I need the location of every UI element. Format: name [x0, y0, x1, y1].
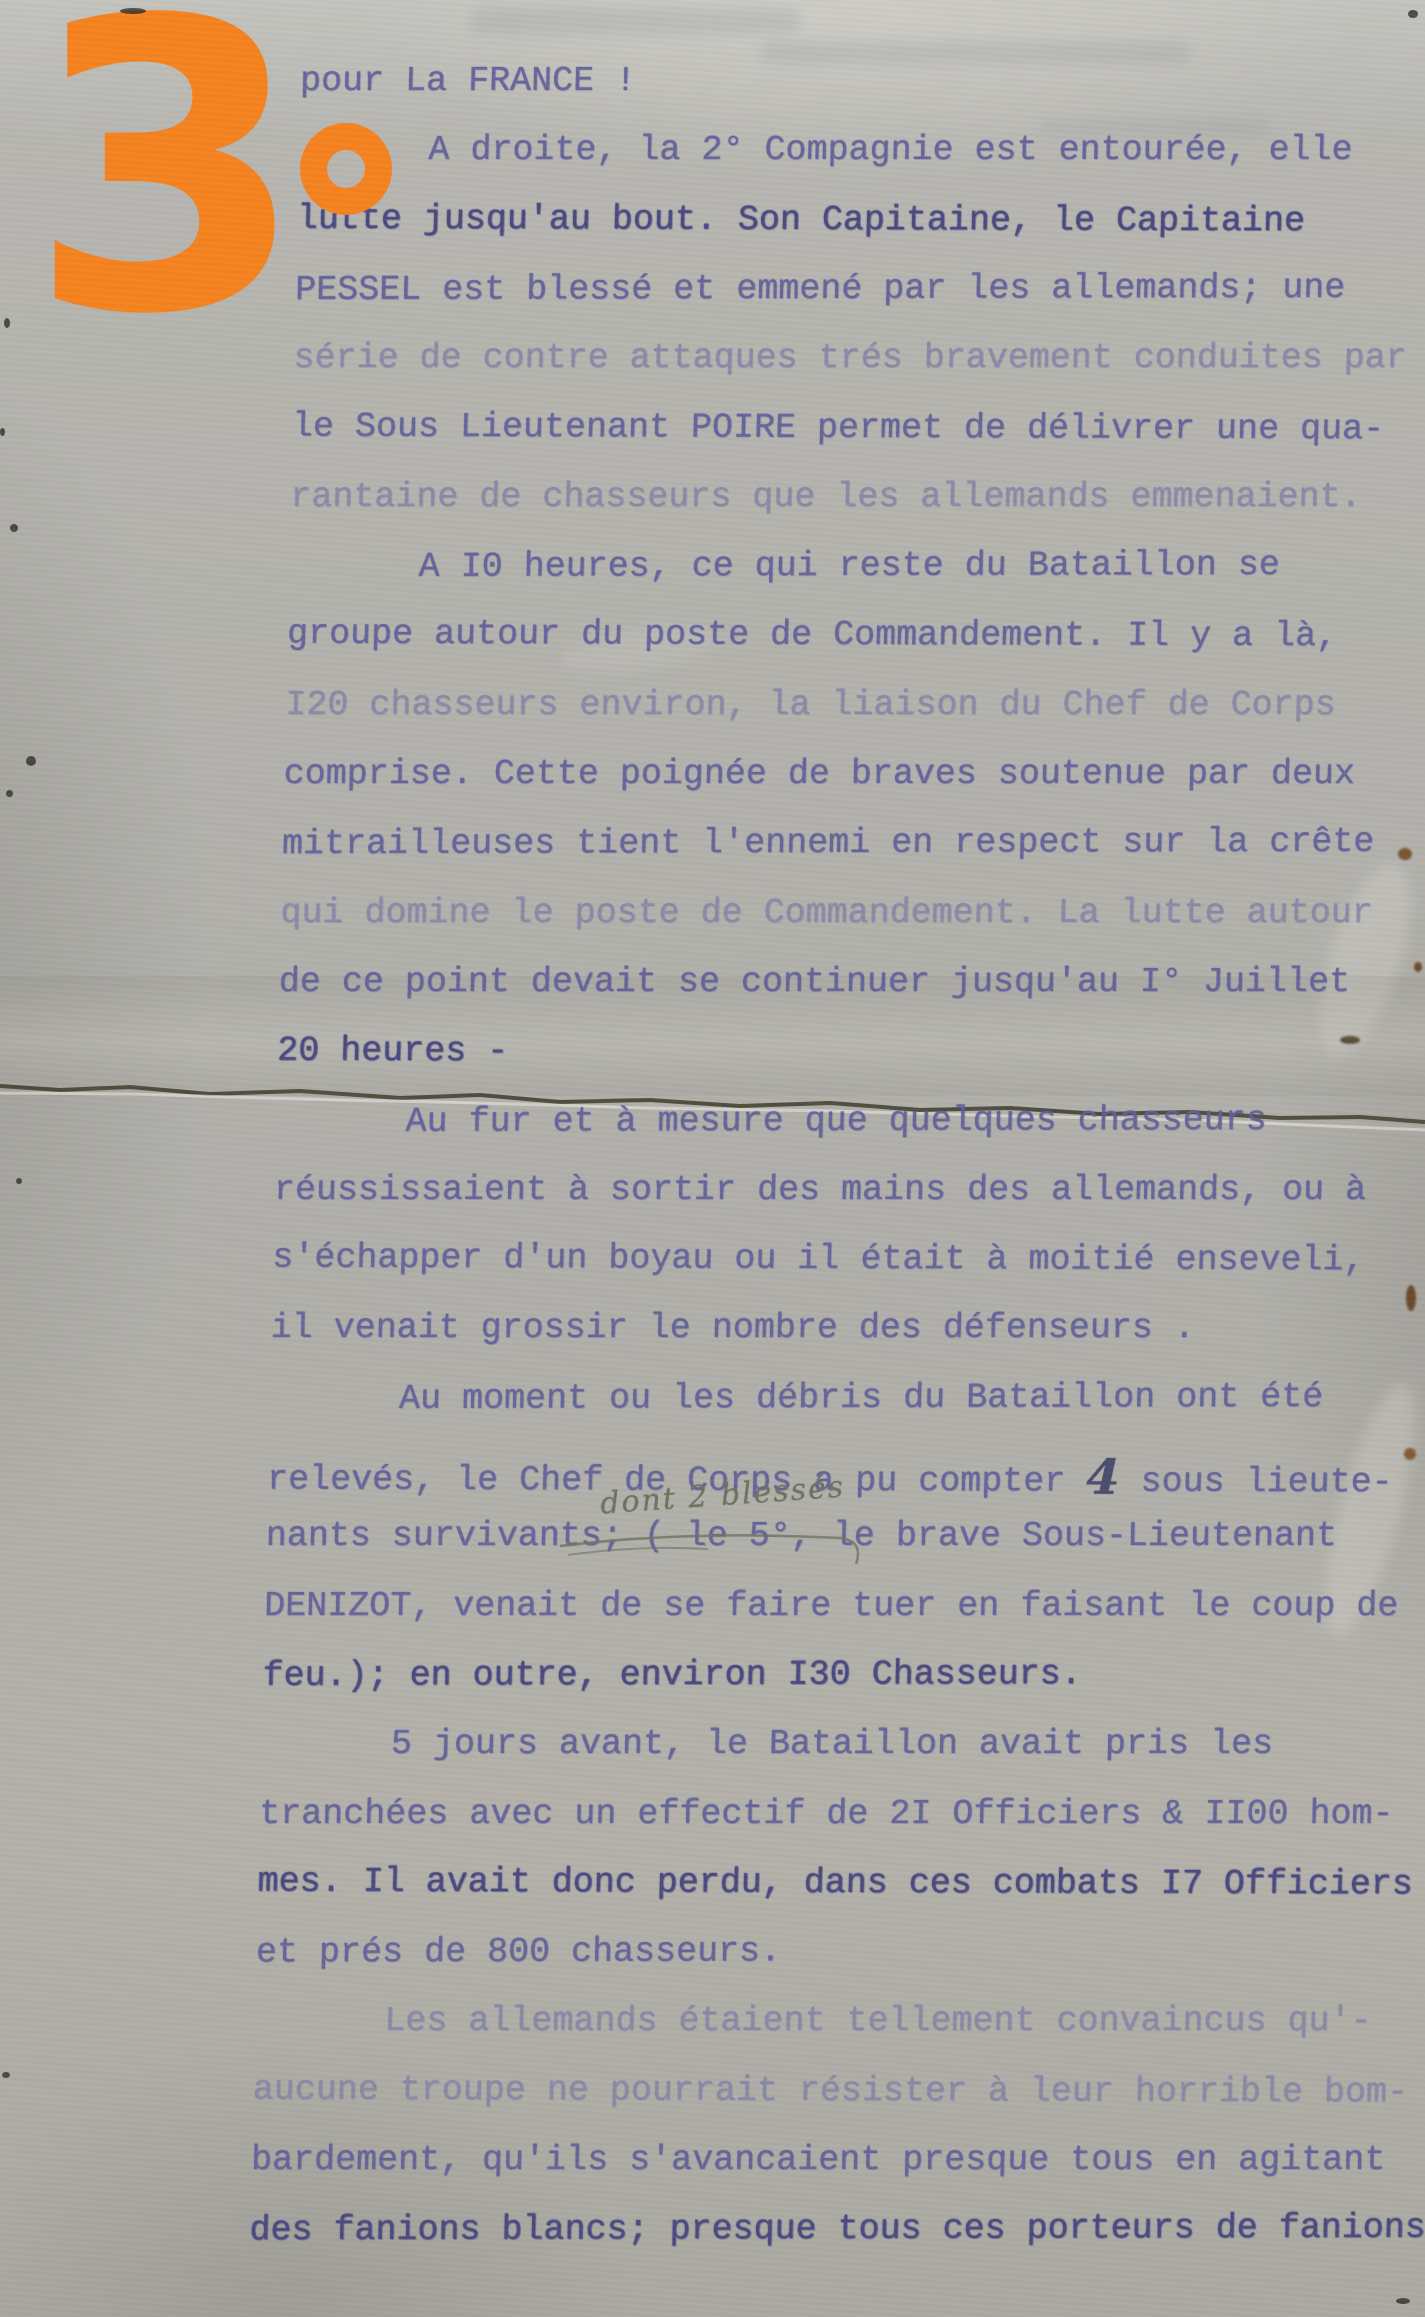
rust-spot — [1414, 962, 1422, 972]
text-line: A I0 heures, ce qui reste du Bataillon s… — [418, 548, 1280, 585]
text-line: s'échapper d'un boyau ou il était à moit… — [272, 1241, 1365, 1279]
degree-ring-icon — [300, 123, 392, 215]
text-line: groupe autour du poste de Commandement. … — [287, 617, 1338, 655]
rust-spot — [1406, 1285, 1416, 1311]
text-line: et prés de 800 chasseurs. — [256, 1935, 782, 1971]
text-line: A droite, la 2° Compagnie est entourée, … — [428, 133, 1353, 168]
text-line: Au moment ou les débris du Bataillon ont… — [399, 1380, 1324, 1417]
text-line: aucune troupe ne pourrait résister à leu… — [252, 2072, 1408, 2110]
text-line: tranchées avec un effectif de 2I Officie… — [259, 1797, 1394, 1832]
text-line: 5 jours avant, le Bataillon avait pris l… — [390, 1727, 1273, 1762]
text-line: réussissaient à sortir des mains des all… — [274, 1173, 1367, 1208]
text-line: I20 chasseurs environ, la liaison du Che… — [285, 688, 1336, 723]
text-line: 20 heures - — [277, 1034, 509, 1070]
text-line: le Sous Lieutenant POIRE permet de déliv… — [291, 409, 1384, 447]
paper-speck — [26, 756, 36, 766]
paper-speck — [16, 1178, 22, 1184]
text-line: série de contre attaques trés bravement … — [293, 341, 1407, 376]
text-line: de ce point devait se continuer jusqu'au… — [278, 965, 1350, 1000]
text-line: comprise. Cette poignée de braves souten… — [283, 757, 1355, 792]
rust-spot — [1404, 1448, 1416, 1460]
text-line: mitrailleuses tient l'ennemi en respect … — [282, 825, 1375, 862]
text-line: bardement, qu'ils s'avancaient presque t… — [251, 2143, 1386, 2178]
text-line: des fanions blancs; presque tous ces por… — [249, 2211, 1425, 2248]
paper-speck — [4, 318, 10, 328]
document-page: pour La FRANCE !A droite, la 2° Compagni… — [0, 0, 1425, 2317]
hand-digit: 4 — [1086, 1450, 1121, 1506]
rust-spot — [1340, 1036, 1360, 1044]
page-number-label: 3 — [28, 58, 448, 478]
paper-speck — [1396, 2298, 1410, 2304]
text-line: DENIZOT, venait de se faire tuer en fais… — [264, 1589, 1399, 1624]
paper-speck — [120, 8, 146, 14]
text-line: il venait grossir le nombre des défenseu… — [270, 1311, 1195, 1346]
text-line: feu.); en outre, environ I30 Chasseurs. — [262, 1657, 1082, 1694]
paper-speck — [6, 790, 13, 797]
rust-spot — [1398, 848, 1412, 860]
paper-speck — [0, 428, 5, 436]
paper-speck — [2, 2072, 10, 2078]
page-number-digit: 3 — [28, 0, 306, 370]
text-line: qui domine le poste de Commandement. La … — [280, 896, 1373, 931]
text-line: Les allemands étaient tellement convainc… — [384, 2004, 1372, 2039]
paper-speck — [1408, 10, 1418, 18]
text-line: PESSEL est blessé et emmené par les alle… — [295, 271, 1346, 308]
pencil-underline — [540, 1500, 920, 1580]
text-line: rantaine de chasseurs que les allemands … — [290, 480, 1362, 515]
text-line: mes. Il avait donc perdu, dans ces comba… — [257, 1864, 1413, 1902]
text-line: Au fur et à mesure que quelques chasseur… — [405, 1103, 1267, 1140]
paper-speck — [10, 524, 18, 532]
